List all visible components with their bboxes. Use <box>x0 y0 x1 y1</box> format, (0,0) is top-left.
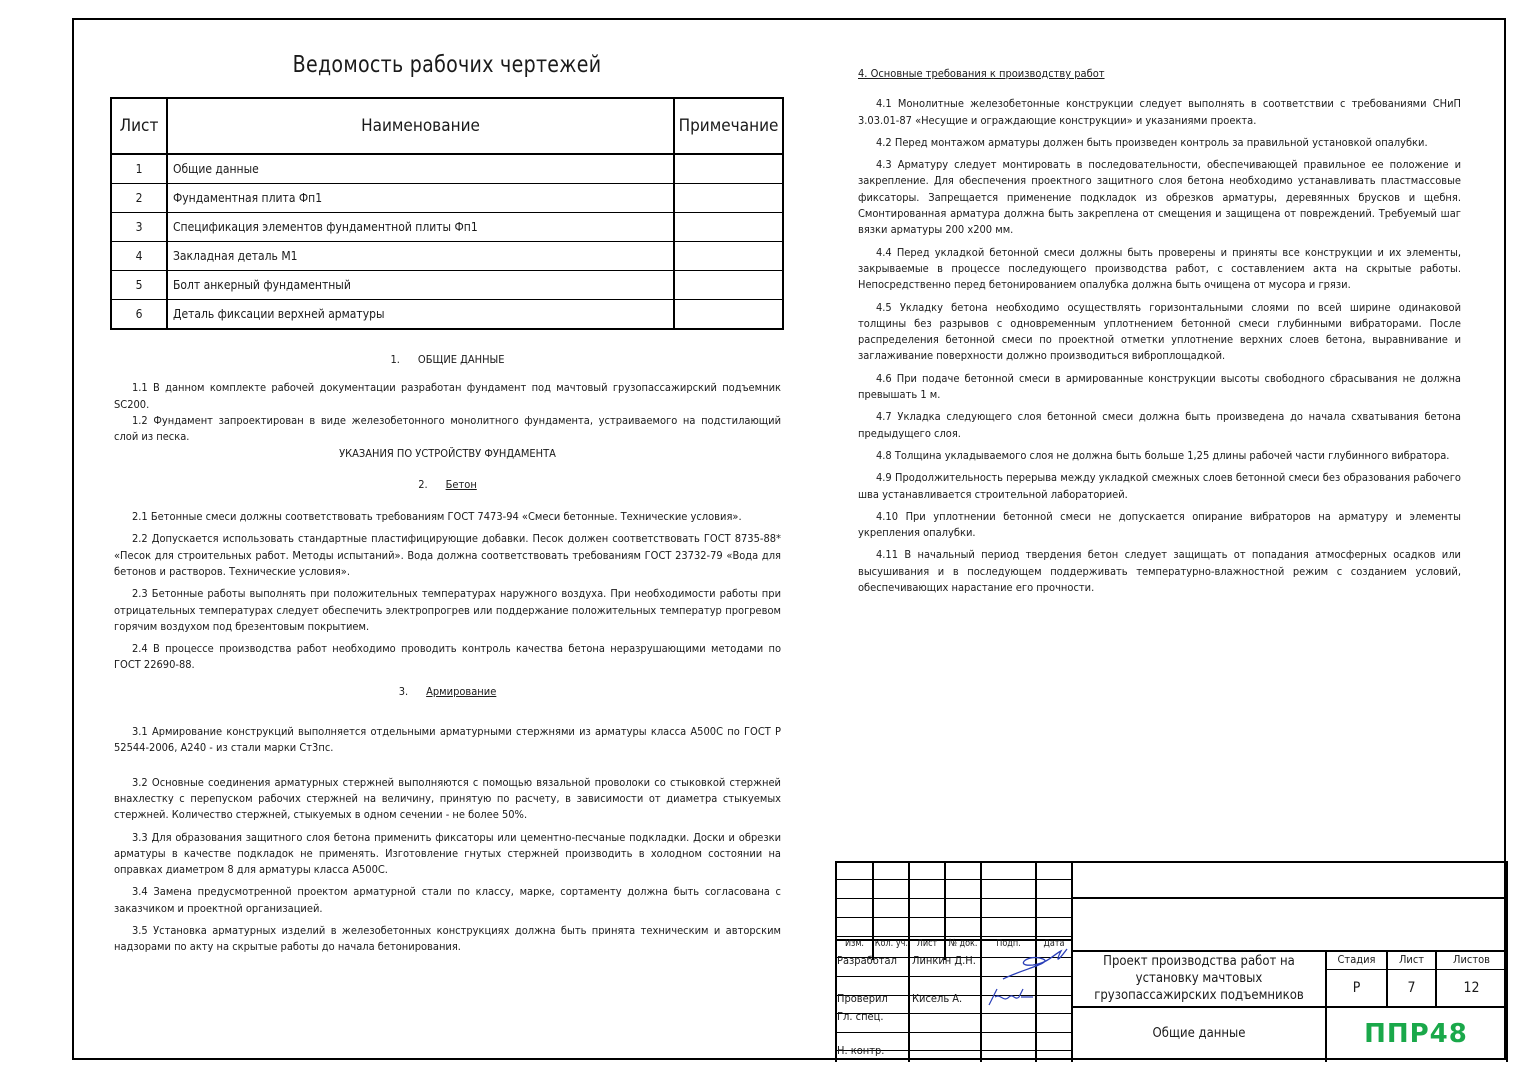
section-3-title: Армирование <box>426 685 496 698</box>
table-row: 6Деталь фиксации верхней арматуры <box>111 300 783 330</box>
section-2-title: Бетон <box>446 478 477 491</box>
cell-sheet: 4 <box>111 242 167 271</box>
grid-line <box>1071 897 1508 899</box>
role-name: Линкин Д.Н. <box>912 954 976 967</box>
grid-line <box>835 898 1071 899</box>
grid-line <box>835 936 1071 937</box>
paragraph: 3.4 Замена предусмотренной проектом арма… <box>114 884 781 917</box>
section-3-number: 3. <box>399 685 408 698</box>
section-2-heading: 2.Бетон <box>114 477 781 493</box>
col-header: Лист <box>911 938 943 949</box>
paragraph: 2.2 Допускается использовать стандартные… <box>114 531 781 580</box>
paragraph: 3.3 Для образования защитного слоя бетон… <box>114 830 781 879</box>
section-2-number: 2. <box>418 478 427 491</box>
cell-note <box>674 271 783 300</box>
paragraph: 4.3 Арматуру следует монтировать в после… <box>858 157 1461 238</box>
paragraph: 4.2 Перед монтажом арматуры должен быть … <box>858 135 1461 151</box>
company-logo: ППР48 <box>1326 1008 1506 1060</box>
role-name: Кисель А. <box>912 992 962 1005</box>
table-header-row: Лист Наименование Примечание <box>111 98 783 154</box>
project-title: Проект производства работ на установку м… <box>1075 953 1323 1004</box>
cell-sheet: 6 <box>111 300 167 330</box>
cell-note <box>674 184 783 213</box>
section-2-body: 2.1 Бетонные смеси должны соответствоват… <box>114 509 781 674</box>
paragraph: 4.8 Толщина укладываемого слоя не должна… <box>858 448 1461 464</box>
paragraph: 3.5 Установка арматурных изделий в желез… <box>114 923 781 956</box>
cell-name: Общие данные <box>167 154 674 184</box>
role-label: Проверил <box>837 992 888 1005</box>
title-block-top <box>835 861 1508 863</box>
signature-icon <box>983 945 1073 985</box>
col-header-sheet: Лист <box>111 98 167 154</box>
stage-label: Стадия <box>1327 953 1386 966</box>
paragraph: 3.1 Армирование конструкций выполняется … <box>114 724 781 757</box>
paragraph: 4.5 Укладку бетона необходимо осуществля… <box>858 300 1461 365</box>
left-text-column: 1.ОБЩИЕ ДАННЫЕ 1.1 В данном комплекте ра… <box>114 352 781 962</box>
total-sheets: 12 <box>1437 980 1506 996</box>
paragraph: 3.2 Основные соединения арматурных стерж… <box>114 775 781 824</box>
table-row: 1Общие данные <box>111 154 783 184</box>
stage-value: Р <box>1327 980 1386 996</box>
role-label: Разработал <box>837 954 897 967</box>
cell-sheet: 2 <box>111 184 167 213</box>
paragraph: 4.9 Продолжительность перерыва между укл… <box>858 470 1461 503</box>
section-1-title: ОБЩИЕ ДАННЫЕ <box>418 353 505 366</box>
sheet-label: Лист <box>1388 953 1435 966</box>
col-header: Кол. уч. <box>875 938 907 949</box>
paragraph-1-2: 1.2 Фундамент запроектирован в виде желе… <box>114 413 781 446</box>
grid-line <box>944 861 946 960</box>
cell-sheet: 5 <box>111 271 167 300</box>
cell-sheet: 1 <box>111 154 167 184</box>
grid-line <box>980 861 982 960</box>
table-row: 4Закладная деталь М1 <box>111 242 783 271</box>
right-text-column: 4. Основные требования к производству ра… <box>858 66 1461 602</box>
grid-line <box>1071 950 1508 952</box>
section-4-body: 4.1 Монолитные железобетонные конструкци… <box>858 96 1461 596</box>
section-3-heading: 3.Армирование <box>114 684 781 700</box>
section-1-number: 1. <box>390 353 399 366</box>
paragraph: 4.11 В начальный период твердения бетон … <box>858 547 1461 596</box>
cell-name: Закладная деталь М1 <box>167 242 674 271</box>
paragraph-1-1: 1.1 В данном комплекте рабочей документа… <box>114 380 781 413</box>
grid-line <box>835 917 1071 918</box>
paragraph: 2.1 Бетонные смеси должны соответствоват… <box>114 509 781 525</box>
paragraph: 4.7 Укладка следующего слоя бетонной сме… <box>858 409 1461 442</box>
section-4-heading: 4. Основные требования к производству ра… <box>858 66 1461 82</box>
cell-name: Спецификация элементов фундаментной плит… <box>167 213 674 242</box>
grid-line <box>908 861 910 960</box>
table-row: 3Спецификация элементов фундаментной пли… <box>111 213 783 242</box>
col-header-name: Наименование <box>167 98 674 154</box>
grid-line <box>872 861 874 960</box>
cell-name: Фундаментная плита Фп1 <box>167 184 674 213</box>
paragraph: 4.4 Перед укладкой бетонной смеси должны… <box>858 245 1461 294</box>
cell-name: Деталь фиксации верхней арматуры <box>167 300 674 330</box>
cell-note <box>674 300 783 330</box>
drawing-list-title: Ведомость рабочих чертежей <box>137 52 757 78</box>
table-row: 5Болт анкерный фундаментный <box>111 271 783 300</box>
cell-sheet: 3 <box>111 213 167 242</box>
paragraph: 2.3 Бетонные работы выполнять при положи… <box>114 586 781 635</box>
grid-line <box>835 1032 1071 1033</box>
role-label: Н. контр. <box>837 1044 884 1057</box>
sheet-number: 7 <box>1388 980 1435 996</box>
paragraph: 4.10 При уплотнении бетонной смеси не до… <box>858 509 1461 542</box>
cell-name: Болт анкерный фундаментный <box>167 271 674 300</box>
col-header: № док. <box>947 938 979 949</box>
cell-note <box>674 154 783 184</box>
cell-note <box>674 242 783 271</box>
table-row: 2Фундаментная плита Фп1 <box>111 184 783 213</box>
col-header: Изм. <box>838 938 871 949</box>
cell-note <box>674 213 783 242</box>
title-block-right <box>1506 861 1508 1062</box>
drawing-list-table: Лист Наименование Примечание 1Общие данн… <box>110 97 784 330</box>
grid-line <box>835 879 1071 880</box>
sheet-title: Общие данные <box>1075 1026 1323 1041</box>
paragraph: 4.1 Монолитные железобетонные конструкци… <box>858 96 1461 129</box>
signature-icon <box>985 985 1045 1011</box>
sheets-label: Листов <box>1437 953 1506 966</box>
grid-line <box>1325 969 1508 970</box>
role-label: Гл. спец. <box>837 1010 884 1023</box>
paragraph: 4.6 При подаче бетонной смеси в армирова… <box>858 371 1461 404</box>
paragraph: 2.4 В процессе производства работ необхо… <box>114 641 781 674</box>
section-1-heading: 1.ОБЩИЕ ДАННЫЕ <box>114 352 781 368</box>
col-header-note: Примечание <box>674 98 783 154</box>
guidance-heading: УКАЗАНИЯ ПО УСТРОЙСТВУ ФУНДАМЕНТА <box>114 446 781 462</box>
section-3-body: 3.1 Армирование конструкций выполняется … <box>114 724 781 956</box>
